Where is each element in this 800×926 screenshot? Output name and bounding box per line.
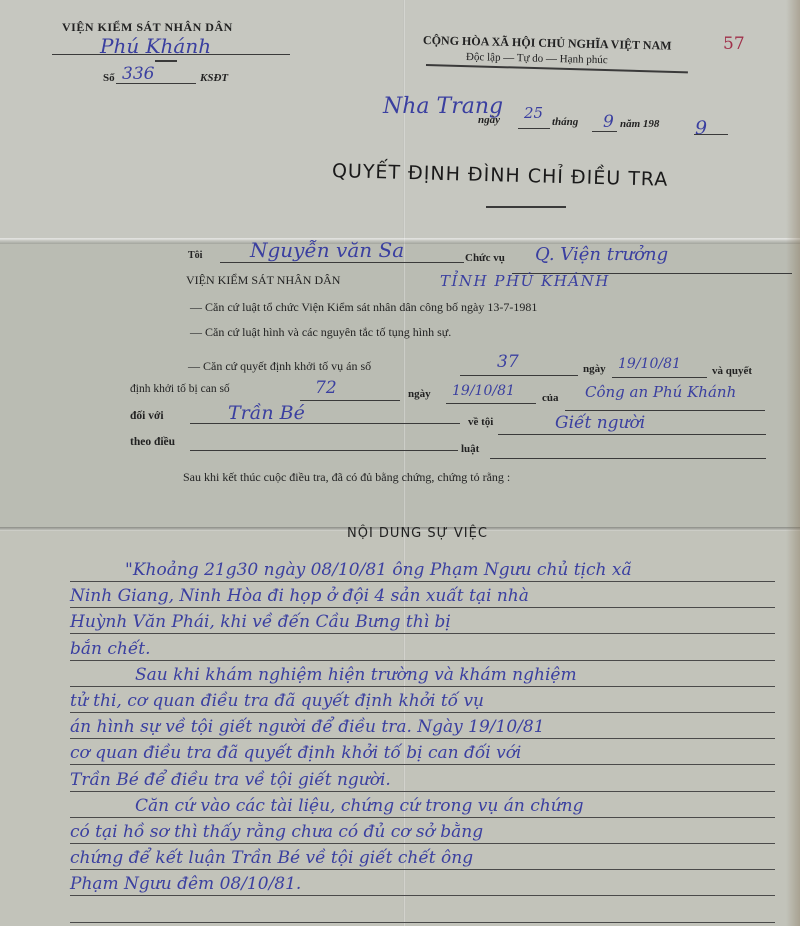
underline (565, 410, 765, 411)
underline (612, 377, 707, 378)
underline (694, 134, 728, 135)
against-value: Trần Bé (228, 402, 305, 424)
day-label: ngày (478, 114, 500, 126)
facts-line: cơ quan điều tra đã quyết định khởi tố b… (70, 743, 521, 763)
facts-line: Căn cứ vào các tài liệu, chứng cứ trong … (135, 796, 583, 816)
legal-basis-2: — Căn cứ luật hình và các nguyên tắc tố … (190, 325, 451, 340)
crime-label: về tội (468, 416, 493, 428)
underline (518, 128, 550, 129)
article-field-line (190, 450, 458, 451)
suspect-date-label: ngày (408, 388, 431, 400)
month-label: tháng (552, 116, 578, 128)
ruled-line (70, 843, 775, 844)
document-page: VIỆN KIỂM SÁT NHÂN DÂN Phú Khánh Số 336 … (0, 0, 800, 926)
suspect-decision-label: định khởi tố bị can số (130, 383, 230, 395)
ruled-line (70, 895, 775, 896)
ruled-line (70, 738, 775, 739)
crime-value: Giết người (555, 413, 645, 433)
and-label: và quyết (712, 365, 752, 377)
suspect-date: 19/10/81 (452, 383, 515, 399)
underline (190, 423, 460, 424)
underline (300, 400, 400, 401)
facts-line: Trần Bé để điều tra về tội giết người. (70, 770, 391, 790)
toi-value: Nguyễn văn Sa (250, 238, 404, 262)
law-label: luật (461, 443, 479, 455)
facts-line: Huỳnh Văn Phái, khi về đến Cầu Bưng thì … (70, 612, 451, 632)
facts-line: Phạm Ngưu đêm 08/10/81. (70, 874, 301, 894)
underline (446, 403, 536, 404)
underline (116, 83, 196, 84)
title-underline (486, 206, 566, 208)
vertical-fold-crease (403, 0, 406, 926)
day-value: 25 (524, 104, 543, 122)
article-label: theo điều (130, 436, 175, 448)
chuc-vu-label: Chức vụ (465, 252, 505, 264)
facts-line: chứng để kết luận Trần Bé về tội giết ch… (70, 848, 473, 868)
law-field-line (490, 458, 766, 459)
facts-line: Sau khi khám nghiệm hiện trường và khám … (135, 665, 577, 685)
ruled-line (70, 712, 775, 713)
conclusion-text: Sau khi kết thúc cuộc điều tra, đã có đủ… (183, 470, 510, 485)
page-mark: 57 (723, 34, 745, 54)
number-label: Số (103, 72, 115, 84)
underline (460, 375, 578, 376)
ruled-line (70, 581, 775, 582)
underline-short (155, 60, 177, 62)
agency-label: VIỆN KIỂM SÁT NHÂN DÂN (186, 273, 340, 288)
ruled-line (70, 686, 775, 687)
facts-line: bắn chết. (70, 639, 151, 659)
suspect-number: 72 (315, 378, 337, 398)
ruled-line (70, 922, 775, 923)
year-label: năm 198 (620, 118, 659, 130)
number-suffix: KSĐT (200, 72, 228, 84)
of-label: của (542, 392, 559, 404)
ruled-line (70, 764, 775, 765)
case-date: 19/10/81 (618, 356, 681, 372)
case-number: 37 (497, 352, 519, 372)
facts-line: Ninh Giang, Ninh Hòa đi họp ở đội 4 sản … (70, 586, 529, 606)
legal-basis-1: — Căn cứ luật tổ chức Viện Kiểm sát nhân… (190, 300, 537, 315)
year-digit: 9 (695, 117, 707, 139)
underline (52, 54, 290, 55)
legal-basis-3-label: — Căn cứ quyết định khởi tố vụ án số (188, 359, 371, 374)
paper-edge (786, 0, 800, 926)
document-number: 336 (122, 64, 154, 84)
case-date-label: ngày (583, 363, 606, 375)
month-value: 9 (603, 112, 614, 132)
underline (498, 434, 766, 435)
facts-line: tử thi, cơ quan điều tra đã quyết định k… (70, 691, 484, 711)
of-value: Công an Phú Khánh (585, 383, 736, 401)
ruled-line (70, 869, 775, 870)
ruled-line (70, 791, 775, 792)
facts-line: có tại hồ sơ thì thấy rằng chưa có đủ cơ… (70, 822, 483, 842)
underline (220, 262, 464, 263)
chuc-vu-value: Q. Viện trưởng (535, 244, 668, 265)
against-label: đối với (130, 410, 164, 422)
agency-value: TỈNH PHÚ KHÁNH (440, 272, 610, 290)
toi-label: Tôi (188, 250, 202, 261)
agency-header: VIỆN KIỂM SÁT NHÂN DÂN (62, 20, 233, 35)
ruled-line (70, 607, 775, 608)
facts-line: án hình sự về tội giết người để điều tra… (70, 717, 545, 737)
ruled-line (70, 633, 775, 634)
facts-heading: NỘI DUNG SỰ VIỆC (347, 526, 488, 541)
ruled-line (70, 660, 775, 661)
underline (592, 131, 617, 132)
ruled-line (70, 817, 775, 818)
facts-line: "Khoảng 21g30 ngày 08/10/81 ông Phạm Ngư… (125, 560, 632, 580)
